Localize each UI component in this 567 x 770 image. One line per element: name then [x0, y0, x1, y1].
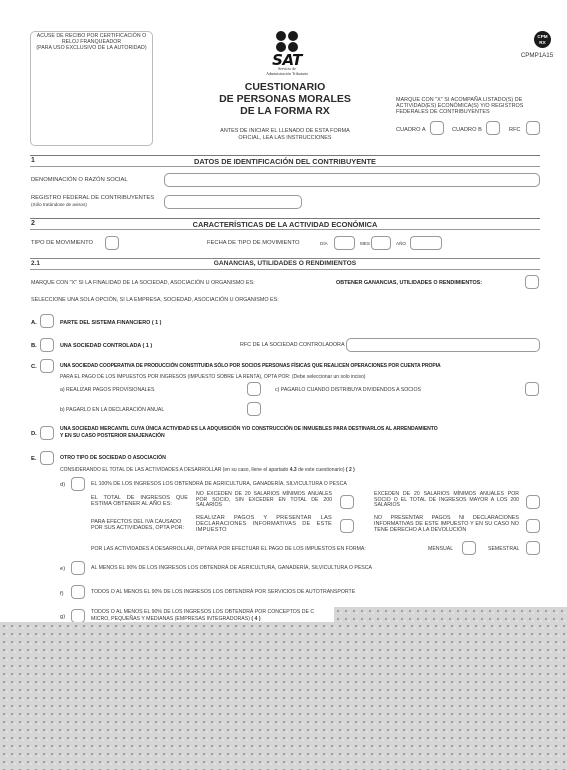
section-2-title: CARACTERÍSTICAS DE LA ACTIVIDAD ECONÓMIC… — [30, 220, 540, 229]
income-label: EL TOTAL DE INGRESOS QUE ESTIMA OBTENER … — [91, 495, 188, 508]
option-c-sub-c-checkbox[interactable] — [525, 382, 539, 396]
iva-option-1-label: REALIZAR PAGOS Y PRESENTAR LAS DECLARACI… — [196, 516, 332, 533]
semester-label: SEMESTRAL — [488, 546, 519, 553]
sub-d-checkbox[interactable] — [71, 477, 85, 491]
option-c-label: UNA SOCIEDAD COOPERATIVA DE PRODUCCIÓN C… — [60, 363, 441, 370]
sub-g-label-line: TODOS O AL MENOS EL 90% DE LOS INGRESOS … — [91, 609, 314, 616]
iva-option-1-checkbox[interactable] — [340, 519, 354, 533]
section-21-title: GANANCIAS, UTILIDADES O RENDIMIENTOS — [30, 260, 540, 267]
sub-g-label: TODOS O AL MENOS EL 90% DE LOS INGRESOS … — [91, 609, 314, 622]
razon-social-input[interactable] — [164, 173, 540, 187]
sub-g-letter: g) — [60, 614, 65, 621]
sub-g-checkbox[interactable] — [71, 609, 85, 623]
mes-input[interactable] — [371, 236, 391, 250]
sub-f-letter: f) — [60, 591, 64, 598]
controladora-rfc-label: RFC DE LA SOCIEDAD CONTROLADORA — [240, 342, 345, 349]
sub-g-label-text: MICRO, PEQUEÑAS Y MEDIANAS (EMPRESAS INT… — [91, 616, 250, 622]
semester-checkbox[interactable] — [526, 541, 540, 555]
rfc-note: (Sólo tratándose de avisos) — [31, 202, 87, 207]
title-line: CUESTIONARIO — [205, 81, 365, 93]
option-c-letter: C. — [31, 364, 37, 371]
option-b-label: UNA SOCIEDAD CONTROLADA ( 1 ) — [60, 343, 152, 350]
option-d-label-line: UNA SOCIEDAD MERCANTIL CUYA ÚNICA ACTIVI… — [60, 426, 438, 433]
section-divider — [30, 229, 540, 230]
dia-label: DÍA — [320, 241, 328, 246]
option-e-label: OTRO TIPO DE SOCIEDAD O ASOCIACIÓN — [60, 455, 166, 462]
section-divider — [30, 155, 540, 156]
anio-input[interactable] — [410, 236, 442, 250]
option-c-sub-a-label: a) REALIZAR PAGOS PROVISIONALES — [60, 387, 154, 394]
title-line: DE LA FORMA RX — [205, 105, 365, 117]
sat-logo-subtitle: Servicio de Administración Tributaria — [248, 67, 326, 76]
considering-text-end: de este cuestionario) — [298, 467, 344, 473]
income-option-2-checkbox[interactable] — [526, 495, 540, 509]
dia-input[interactable] — [334, 236, 355, 250]
sub-e-checkbox[interactable] — [71, 561, 85, 575]
iva-option-2-label: NO PRESENTAR PAGOS NI DECLARACIONES INFO… — [374, 516, 519, 533]
occlusion-overlay — [0, 622, 567, 770]
option-c-sub-prompt: PARA EL PAGO DE LOS IMPUESTOS POR INGRES… — [60, 374, 365, 381]
iva-label: PARA EFECTOS DEL IVA CAUSADO POR SUS ACT… — [91, 519, 188, 531]
section-divider — [30, 218, 540, 219]
razon-social-label: DENOMINACIÓN O RAZÓN SOCIAL — [31, 177, 128, 184]
payment-frequency-label: POR LAS ACTIVIDADES A DESARROLLAR, OPTAR… — [91, 546, 366, 553]
mes-label: MES — [360, 241, 370, 246]
considering-note: CONSIDERANDO EL TOTAL DE LAS ACTIVIDADES… — [60, 467, 355, 474]
attachment-checkbox-cuadro-b[interactable] — [486, 121, 500, 135]
option-d-letter: D. — [31, 431, 37, 438]
option-d-label-line: Y EN SU CASO POSTERIOR ENAJENACIÓN — [60, 433, 438, 440]
attachment-label-rfc: RFC — [509, 127, 521, 133]
section-divider — [30, 166, 540, 167]
receipt-stamp-label: ACUSE DE RECIBO POR CERTIFICACIÓN O RELO… — [34, 33, 149, 51]
option-c-sub-c-label: c) PAGARLO CUANDO DISTRIBUYA DIVIDENDOS … — [275, 387, 421, 394]
title-line: DE PERSONAS MORALES — [205, 93, 365, 105]
option-a-checkbox[interactable] — [40, 314, 54, 328]
considering-text: CONSIDERANDO EL TOTAL DE LAS ACTIVIDADES… — [60, 467, 288, 473]
option-d-checkbox[interactable] — [40, 426, 54, 440]
option-b-checkbox[interactable] — [40, 338, 54, 352]
income-option-1-label: NO EXCEDEN DE 20 SALARIOS MÍNIMOS ANUALE… — [196, 492, 332, 509]
section-divider — [30, 258, 540, 259]
option-a-letter: A. — [31, 320, 37, 327]
monthly-label: MENSUAL — [428, 546, 453, 553]
sub-e-letter: e) — [60, 566, 65, 573]
income-option-1-checkbox[interactable] — [340, 495, 354, 509]
option-e-letter: E. — [31, 456, 36, 463]
rfc-input[interactable] — [164, 195, 302, 209]
sub-f-checkbox[interactable] — [71, 585, 85, 599]
form-badge: CPM RX — [534, 31, 551, 48]
purpose-profit-checkbox[interactable] — [525, 275, 539, 289]
considering-ref: 4.3 — [290, 467, 297, 473]
logo-subtitle-line: Administración Tributaria — [248, 72, 326, 77]
monthly-checkbox[interactable] — [462, 541, 476, 555]
option-c-sub-a-checkbox[interactable] — [247, 382, 261, 396]
sub-d-label: EL 100% DE LOS INGRESOS LOS OBTENDRÁ DE … — [91, 481, 347, 488]
purpose-option-label: OBTENER GANANCIAS, UTILIDADES O RENDIMIE… — [336, 280, 482, 287]
attachment-label-cuadro-b: CUADRO B — [452, 127, 482, 133]
section-1-title: DATOS DE IDENTIFICACIÓN DEL CONTRIBUYENT… — [30, 157, 540, 166]
considering-footnote: ( 2 ) — [346, 467, 355, 473]
sat-logo-icon — [276, 31, 298, 53]
sub-f-label: TODOS O AL MENOS EL 90% DE LOS INGRESOS … — [91, 589, 355, 596]
receipt-stamp-text: ACUSE DE RECIBO POR CERTIFICACIÓN O RELO… — [34, 33, 149, 45]
tipo-movimiento-input[interactable] — [105, 236, 119, 250]
attachment-checkbox-rfc[interactable] — [526, 121, 540, 135]
rfc-label: REGISTRO FEDERAL DE CONTRIBUYENTES — [31, 195, 154, 202]
option-c-sub-b-label: b) PAGARLO EN LA DECLARACIÓN ANUAL — [60, 407, 164, 414]
receipt-stamp-note: (PARA USO EXCLUSIVO DE LA AUTORIDAD) — [34, 45, 149, 51]
fecha-movimiento-label: FECHA DE TIPO DE MOVIMIENTO — [207, 240, 300, 247]
sub-g-footnote: ( 4 ) — [251, 616, 260, 622]
controladora-rfc-input[interactable] — [346, 338, 540, 352]
purpose-prompt: MARQUE CON "X" SI LA FINALIDAD DE LA SOC… — [31, 280, 255, 287]
option-d-label: UNA SOCIEDAD MERCANTIL CUYA ÚNICA ACTIVI… — [60, 426, 438, 439]
page-title: CUESTIONARIO DE PERSONAS MORALES DE LA F… — [205, 81, 365, 117]
attachment-label-cuadro-a: CUADRO A — [396, 127, 426, 133]
sub-d-letter: d) — [60, 482, 65, 489]
income-option-2-label: EXCEDEN DE 20 SALARIOS MÍNIMOS ANUALES P… — [374, 492, 519, 509]
instructions-note: ANTES DE INICIAR EL LLENADO DE ESTA FORM… — [212, 128, 358, 142]
tipo-movimiento-label: TIPO DE MOVIMIENTO — [31, 240, 93, 247]
option-c-sub-b-checkbox[interactable] — [247, 402, 261, 416]
option-b-letter: B. — [31, 343, 37, 350]
sub-e-label: AL MENOS EL 90% DE LOS INGRESOS LOS OBTE… — [91, 565, 372, 572]
option-e-checkbox[interactable] — [40, 451, 54, 465]
option-a-label: PARTE DEL SISTEMA FINANCIERO ( 1 ) — [60, 320, 161, 327]
form-code: CPMP1A15 — [512, 52, 562, 59]
section-divider — [30, 269, 540, 270]
option-c-checkbox[interactable] — [40, 359, 54, 373]
select-one-prompt: SELECCIONE UNA SOLA OPCIÓN, SI LA EMPRES… — [31, 297, 279, 304]
attachment-checkbox-cuadro-a[interactable] — [430, 121, 444, 135]
anio-label: AÑO — [396, 241, 406, 246]
occlusion-overlay — [334, 607, 567, 622]
iva-option-2-checkbox[interactable] — [526, 519, 540, 533]
attachments-note: MARQUE CON "X" SI ACOMPAÑA LISTADO(S) DE… — [396, 97, 542, 116]
badge-line: RX — [534, 40, 551, 46]
